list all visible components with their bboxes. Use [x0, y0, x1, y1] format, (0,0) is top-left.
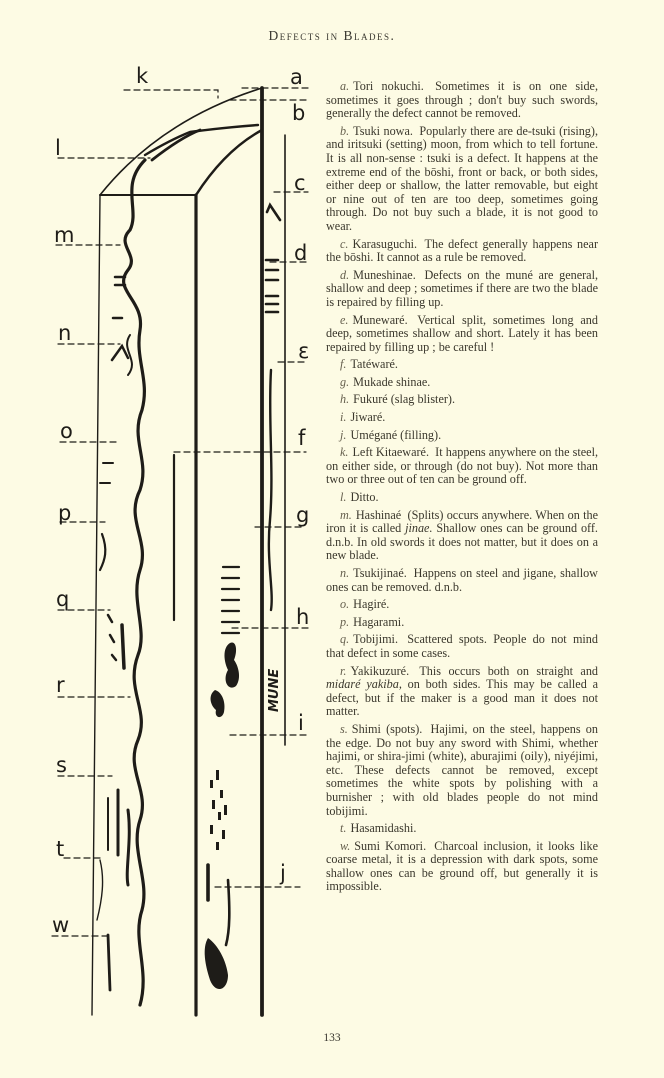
label-s: s	[56, 753, 67, 777]
label-p: p	[58, 501, 71, 525]
label-c: c	[294, 171, 306, 195]
label-h: h	[296, 605, 309, 629]
entry-q: q.Tobijimi. Scattered spots. People do n…	[326, 633, 598, 660]
label-t: t	[56, 837, 64, 861]
label-d: d	[294, 241, 307, 265]
label-r: r	[56, 673, 65, 697]
defect-descriptions: a.Tori nokuchi. Sometimes it is on one s…	[326, 80, 598, 898]
label-w: w	[52, 913, 69, 937]
label-i: i	[298, 711, 304, 735]
entry-o: o.Hagiré.	[326, 598, 598, 612]
entry-i: i.Jiwaré.	[326, 411, 598, 425]
entry-c: c.Karasuguchi. The defect generally happ…	[326, 238, 598, 265]
mune-label: MUNE	[267, 669, 282, 712]
running-head: Defects in Blades.	[0, 28, 664, 44]
entry-p: p.Hagarami.	[326, 616, 598, 630]
entry-k: k.Left Kitaewaré. It happens anywhere on…	[326, 446, 598, 487]
entry-t: t.Hasamidashi.	[326, 822, 598, 836]
entry-f: f.Tatéwaré.	[326, 358, 598, 372]
entry-w: w.Sumi Komori. Charcoal inclusion, it lo…	[326, 840, 598, 894]
label-k: k	[136, 64, 149, 88]
entry-d: d.Muneshinae. Defects on the muné are ge…	[326, 269, 598, 310]
label-b: b	[292, 101, 305, 125]
label-j: j	[279, 861, 286, 885]
entry-g: g.Mukade shinae.	[326, 376, 598, 390]
entry-h: h.Fukuré (slag blister).	[326, 393, 598, 407]
entry-s: s.Shimi (spots). Hajimi, on the steel, h…	[326, 723, 598, 818]
label-f: f	[298, 426, 306, 450]
label-m: m	[54, 223, 74, 247]
label-q: q	[56, 587, 69, 611]
blade-defect-diagram: k a b l c m d n ε o f p g q h r i s t j …	[0, 55, 330, 1025]
label-a: a	[290, 65, 303, 89]
page-number: 133	[0, 1032, 664, 1044]
label-l: l	[55, 136, 61, 160]
blade-illustration: k a b l c m d n ε o f p g q h r i s t j …	[0, 55, 330, 1025]
entry-m: m.Hashinaé (Splits) occurs anywhere. Whe…	[326, 509, 598, 563]
label-o: o	[60, 419, 73, 443]
entry-j: j.Umégané (filling).	[326, 429, 598, 443]
entry-e: e.Munewaré. Vertical split, sometimes lo…	[326, 314, 598, 355]
entry-n: n.Tsukijinaé. Happens on steel and jigan…	[326, 567, 598, 594]
entry-b: b.Tsuki nowa. Popularly there are de-tsu…	[326, 125, 598, 234]
entry-l: l.Ditto.	[326, 491, 598, 505]
label-e: ε	[298, 339, 309, 363]
entry-r: r.Yakikuzuré. This occurs both on straig…	[326, 665, 598, 719]
label-g: g	[296, 503, 309, 527]
entry-a: a.Tori nokuchi. Sometimes it is on one s…	[326, 80, 598, 121]
label-n: n	[58, 321, 71, 345]
